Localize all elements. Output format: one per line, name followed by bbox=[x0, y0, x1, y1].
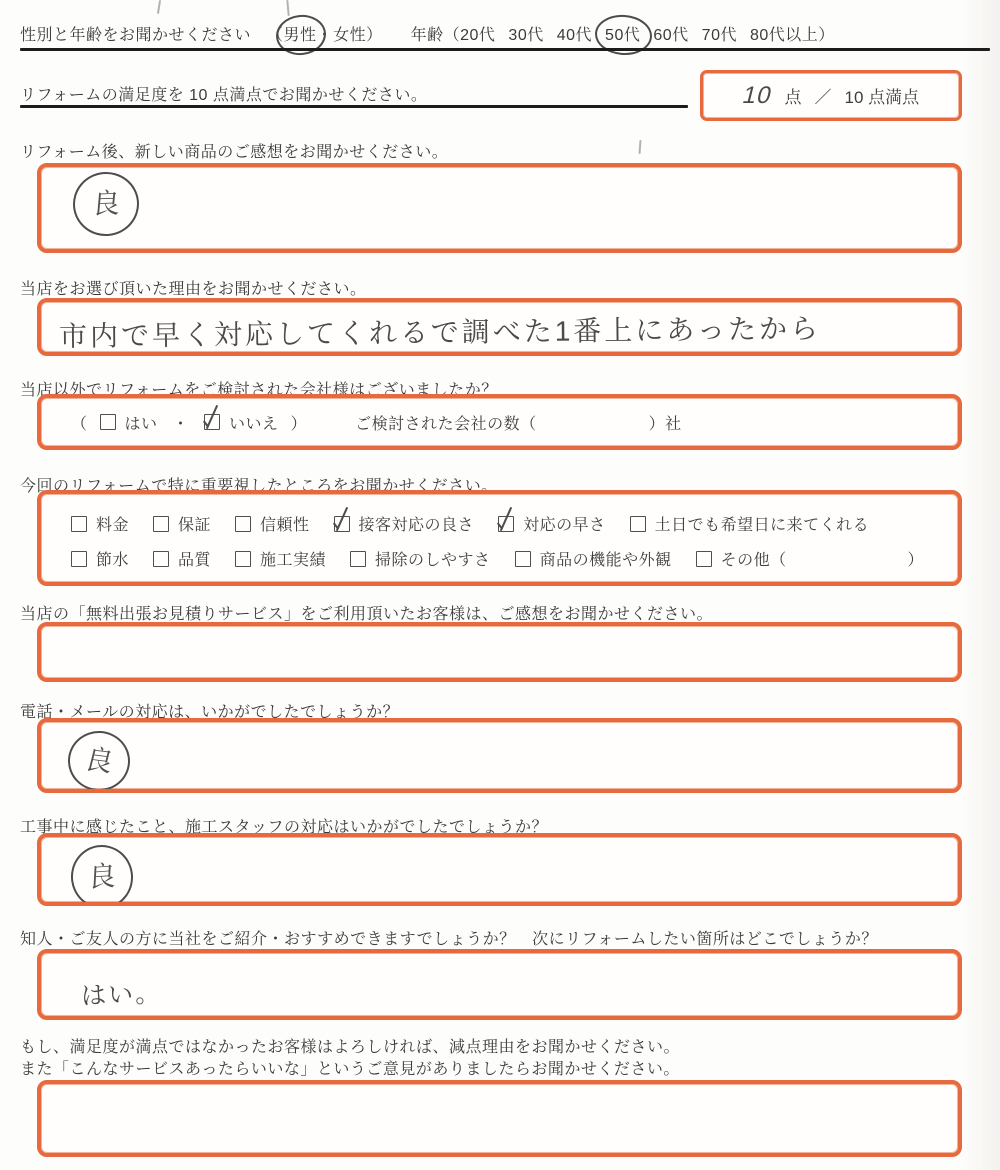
checkbox-item: 掃除のしやすさ bbox=[350, 547, 491, 570]
q5-answer-box: （ はい ・ いいえ ） ご検討された会社の数（ ）社 bbox=[37, 394, 962, 450]
handwritten-good-text: 良 bbox=[82, 746, 117, 777]
checkbox-item-yes: はい bbox=[100, 411, 158, 434]
q3-answer-box: 良 bbox=[37, 163, 962, 253]
checkbox-icon bbox=[153, 516, 169, 532]
scan-stray-mark bbox=[286, 0, 289, 16]
checkbox-item: 料金 bbox=[71, 512, 129, 535]
checkbox-item: 保証 bbox=[153, 512, 211, 535]
checkbox-item: 品質 bbox=[153, 547, 211, 570]
handwritten-yes-text: はい。 bbox=[80, 974, 162, 1013]
scan-stray-mark bbox=[639, 140, 642, 154]
q5-count-close: ）社 bbox=[649, 411, 682, 434]
age-option: 80代以上 bbox=[750, 27, 818, 44]
age-option: 60代 bbox=[653, 27, 688, 44]
q4-answer-box: 市内で早く対応してくれるで調べた1番上にあったから bbox=[37, 298, 962, 356]
score-answer-box: 10 点 ／ 10 点満点 bbox=[700, 70, 962, 121]
checkbox-icon-checked bbox=[334, 516, 350, 532]
checkbox-icon bbox=[350, 551, 366, 567]
checkbox-item-no: いいえ bbox=[204, 411, 279, 434]
checkbox-item: 商品の機能や外観 bbox=[515, 547, 672, 570]
divider-rule bbox=[20, 48, 990, 51]
checkbox-label: 節水 bbox=[96, 547, 129, 570]
q1-age-label: 年齢（ bbox=[411, 27, 461, 44]
q1-gender-paren-close: ） bbox=[366, 27, 383, 44]
handwritten-good-mark: 良 bbox=[70, 169, 142, 240]
checkbox-icon bbox=[630, 516, 646, 532]
q4-label: 当店をお選び頂いた理由をお聞かせください。 bbox=[20, 276, 367, 299]
checkbox-label: 商品の機能や外観 bbox=[540, 547, 672, 570]
handwritten-good-mark: 良 bbox=[67, 841, 137, 906]
handwritten-score: 10 bbox=[739, 82, 775, 110]
q6-other-paren-close: ） bbox=[907, 547, 924, 570]
handwritten-reason-text: 市内で早く対応してくれるで調べた1番上にあったから bbox=[59, 307, 821, 355]
handwritten-good-text: 良 bbox=[91, 189, 121, 218]
q6-checkbox-row-2: 節水 品質 施工実績 掃除のしやすさ 商品の機能や外観 その他（ ） bbox=[71, 547, 938, 570]
q7-answer-box bbox=[37, 622, 962, 682]
survey-form-scan: 性別と年齢をお聞かせください（男性・女性）年齢（20代30代40代50代60代7… bbox=[0, 0, 1000, 1170]
checkbox-label: 土日でも希望日に来てくれる bbox=[655, 512, 870, 535]
q6-answer-box: 料金 保証 信頼性 接客対応の良さ 対応の早さ 土日でも希望日に来てくれる 節水… bbox=[37, 490, 962, 586]
q1-label: 性別と年齢をお聞かせください bbox=[20, 27, 251, 44]
checkbox-icon bbox=[515, 551, 531, 567]
checkbox-icon bbox=[100, 414, 116, 430]
q6-checkbox-row-1: 料金 保証 信頼性 接客対応の良さ 対応の早さ 土日でも希望日に来てくれる bbox=[71, 512, 938, 535]
q5-dot: ・ bbox=[173, 411, 190, 434]
checkbox-icon bbox=[696, 551, 712, 567]
checkbox-item: 施工実績 bbox=[235, 547, 326, 570]
checkbox-label: その他（ bbox=[721, 547, 787, 570]
gender-male-circled: 男性 bbox=[284, 22, 317, 45]
checkbox-icon bbox=[235, 551, 251, 567]
gender-female-label: 女性 bbox=[333, 27, 366, 44]
handwritten-good-text: 良 bbox=[87, 862, 116, 892]
q11-answer-box bbox=[37, 1080, 962, 1157]
divider-rule bbox=[20, 105, 688, 108]
q8-answer-box: 良 bbox=[37, 718, 962, 793]
checkbox-item: 節水 bbox=[71, 547, 129, 570]
q11-label: もし、満足度が満点ではなかったお客様はよろしければ、減点理由をお聞かせください。… bbox=[20, 1037, 680, 1080]
q11-label-line1: もし、満足度が満点ではなかったお客様はよろしければ、減点理由をお聞かせください。 bbox=[20, 1037, 680, 1059]
age-option: 70代 bbox=[702, 27, 737, 44]
score-unit: 点 bbox=[785, 83, 802, 108]
q3-label: リフォーム後、新しい商品のご感想をお聞かせください。 bbox=[20, 139, 448, 162]
age-option: 30代 bbox=[508, 27, 543, 44]
q5-options-row: （ はい ・ いいえ ） ご検討された会社の数（ ）社 bbox=[71, 398, 938, 446]
checkbox-item-checked: 対応の早さ bbox=[498, 512, 606, 535]
q2-label: リフォームの満足度を 10 点満点でお聞かせください。 bbox=[20, 82, 427, 105]
q9-answer-box: 良 bbox=[37, 833, 962, 906]
gender-male-label: 男性 bbox=[284, 27, 317, 44]
age-option: 20代 bbox=[460, 27, 495, 44]
checkbox-label: 品質 bbox=[178, 547, 211, 570]
q10-label: 知人・ご友人の方に当社をご紹介・おすすめできますでしょうか？ 次にリフォームした… bbox=[20, 926, 878, 949]
age-option: 40代 bbox=[557, 27, 592, 44]
checkbox-label: 対応の早さ bbox=[523, 512, 606, 535]
checkbox-item-checked: 接客対応の良さ bbox=[334, 512, 475, 535]
checkbox-item-other: その他（ bbox=[696, 547, 787, 570]
q5-paren-open: （ bbox=[71, 411, 88, 434]
checkbox-item: 土日でも希望日に来てくれる bbox=[630, 512, 870, 535]
q10-answer-box: はい。 bbox=[37, 949, 962, 1020]
checkbox-icon bbox=[235, 516, 251, 532]
age-option: 50代 bbox=[605, 27, 640, 44]
score-max-label: 10 点満点 bbox=[845, 83, 920, 108]
checkbox-icon bbox=[71, 516, 87, 532]
checkbox-icon-checked bbox=[498, 516, 514, 532]
checkbox-label: 施工実績 bbox=[260, 547, 326, 570]
checkbox-icon bbox=[153, 551, 169, 567]
score-slash: ／ bbox=[815, 83, 832, 108]
q5-count-label: ご検討された会社の数（ bbox=[355, 411, 537, 434]
checkbox-label: はい bbox=[125, 411, 158, 434]
age-50s-circled: 50代 bbox=[605, 22, 640, 45]
checkbox-label: 保証 bbox=[178, 512, 211, 535]
checkbox-label: 掃除のしやすさ bbox=[375, 547, 491, 570]
checkbox-label: 接客対応の良さ bbox=[359, 512, 475, 535]
checkbox-label: いいえ bbox=[229, 411, 279, 434]
q7-label: 当店の「無料出張お見積りサービス」をご利用頂いたお客様は、ご感想をお聞かせくださ… bbox=[20, 601, 713, 624]
q1-row: 性別と年齢をお聞かせください（男性・女性）年齢（20代30代40代50代60代7… bbox=[20, 22, 835, 45]
checkbox-icon bbox=[71, 551, 87, 567]
checkbox-label: 料金 bbox=[96, 512, 129, 535]
checkbox-label: 信頼性 bbox=[260, 512, 310, 535]
checkbox-icon-checked bbox=[204, 414, 220, 430]
q1-age-paren-close: ） bbox=[818, 27, 835, 44]
checkbox-item: 信頼性 bbox=[235, 512, 310, 535]
q5-paren-close: ） bbox=[291, 411, 308, 434]
q11-label-line2: また「こんなサービスあったらいいな」というご意見がありましたらお聞かせください。 bbox=[20, 1059, 680, 1081]
scan-stray-mark bbox=[157, 0, 161, 14]
handwritten-good-mark: 良 bbox=[66, 729, 131, 792]
